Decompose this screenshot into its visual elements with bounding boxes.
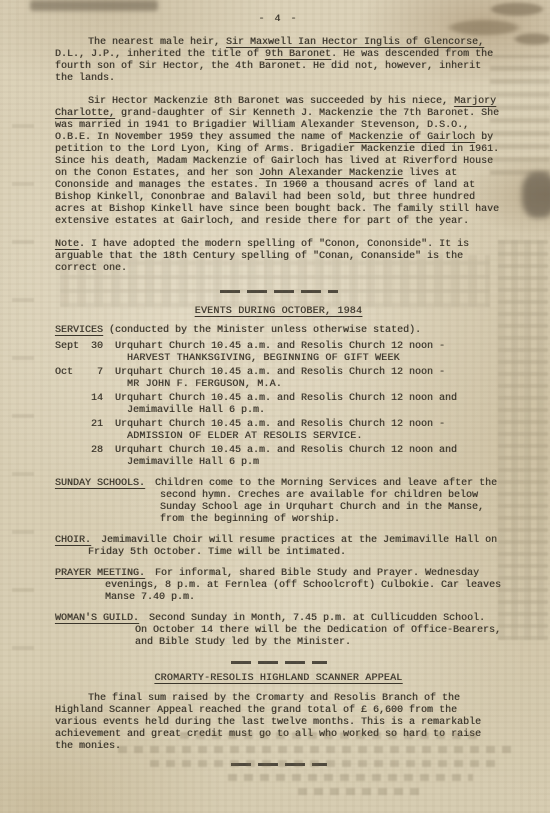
- service-day: 14: [85, 393, 103, 417]
- service-line1: Urquhart Church 10.45 a.m. and Resolis C…: [115, 419, 445, 430]
- services-schedule: Sept30 Urquhart Church 10.45 a.m. and Re…: [55, 341, 502, 469]
- paragraph-succession: Sir Hector Mackenzie 8th Baronet was suc…: [55, 96, 502, 228]
- text-run: The nearest male heir,: [88, 37, 226, 48]
- section-sunday-schools: SUNDAY SCHOOLS.Children come to the Morn…: [55, 478, 502, 526]
- section-label: PRAYER MEETING.: [55, 568, 145, 579]
- section-choir: CHOIR.Jemimaville Choir will resume prac…: [55, 535, 502, 559]
- service-line2: ADMISSION OF ELDER AT RESOLIS SERVICE.: [115, 431, 363, 442]
- section-womans-guild: WOMAN'S GUILD.Second Sunday in Month, 7.…: [55, 613, 502, 649]
- section-prayer-meeting: PRAYER MEETING.For informal, shared Bibl…: [55, 568, 502, 604]
- service-row: Oct7 Urquhart Church 10.45 a.m. and Reso…: [55, 367, 502, 391]
- service-day: 21: [85, 419, 103, 443]
- service-month: Oct: [55, 367, 85, 391]
- section-body: Children come to the Morning Services an…: [155, 478, 497, 525]
- section-label: WOMAN'S GUILD.: [55, 613, 139, 624]
- text-run: D.L., J.P., inherited the title of: [55, 49, 265, 60]
- service-detail: Urquhart Church 10.45 a.m. and Resolis C…: [103, 419, 502, 443]
- service-line2: MR JOHN F. FERGUSON, M.A.: [115, 379, 282, 390]
- service-day: 7: [85, 367, 103, 391]
- events-heading-text: EVENTS DURING OCTOBER, 1984: [195, 306, 362, 317]
- service-row: Sept30 Urquhart Church 10.45 a.m. and Re…: [55, 341, 502, 365]
- events-heading: EVENTS DURING OCTOBER, 1984: [55, 306, 502, 318]
- section-label: SUNDAY SCHOOLS.: [55, 478, 145, 489]
- service-line1: Urquhart Church 10.45 a.m. and Resolis C…: [115, 367, 445, 378]
- service-detail: Urquhart Church 10.45 a.m. and Resolis C…: [103, 393, 502, 417]
- services-label: SERVICES: [55, 325, 103, 336]
- note-label: Note: [55, 239, 79, 250]
- service-row: 21 Urquhart Church 10.45 a.m. and Resoli…: [55, 419, 502, 443]
- service-row: 28 Urquhart Church 10.45 a.m. and Resoli…: [55, 445, 502, 469]
- services-intro-line: SERVICES (conducted by the Minister unle…: [55, 325, 502, 337]
- text-run: Sir Hector Mackenzie 8th Baronet was suc…: [88, 96, 454, 107]
- service-detail: Urquhart Church 10.45 a.m. and Resolis C…: [103, 367, 502, 391]
- section-body: Jemimaville Choir will resume practices …: [88, 535, 497, 558]
- section-body: Second Sunday in Month, 7.45 p.m. at Cul…: [135, 613, 501, 648]
- section-divider: [231, 661, 327, 664]
- service-line2: HARVEST THANKSGIVING, BEGINNING OF GIFT …: [115, 353, 400, 364]
- service-detail: Urquhart Church 10.45 a.m. and Resolis C…: [103, 341, 502, 365]
- service-line1: Urquhart Church 10.45 a.m. and Resolis C…: [115, 393, 457, 404]
- text-run: (conducted by the Minister unless otherw…: [103, 325, 421, 336]
- underlined-title: 9th Baronet: [265, 49, 331, 60]
- section-label: CHOIR.: [55, 535, 91, 546]
- document-page: - 4 - The nearest male heir, Sir Maxwell…: [0, 0, 550, 813]
- page-number: - 4 -: [55, 14, 502, 26]
- service-line2: Jemimaville Hall 6 p.m: [115, 457, 259, 468]
- section-divider: [231, 763, 327, 766]
- paragraph-note: Note. I have adopted the modern spelling…: [55, 239, 502, 275]
- underlined-name: John Alexander Mackenzie: [259, 168, 403, 179]
- section-divider: [220, 290, 338, 293]
- service-row: 14 Urquhart Church 10.45 a.m. and Resoli…: [55, 393, 502, 417]
- service-line2: Jemimaville Hall 6 p.m.: [115, 405, 265, 416]
- service-detail: Urquhart Church 10.45 a.m. and Resolis C…: [103, 445, 502, 469]
- paragraph-appeal: The final sum raised by the Cromarty and…: [55, 693, 502, 753]
- underlined-name: Mackenzie of Gairloch: [349, 132, 475, 143]
- service-line1: Urquhart Church 10.45 a.m. and Resolis C…: [115, 341, 445, 352]
- service-day: 30: [85, 341, 103, 365]
- service-line1: Urquhart Church 10.45 a.m. and Resolis C…: [115, 445, 457, 456]
- text-run: . I have adopted the modern spelling of …: [55, 239, 469, 274]
- service-day: 28: [85, 445, 103, 469]
- service-month: [55, 445, 85, 469]
- section-body: For informal, shared Bible Study and Pra…: [105, 568, 501, 603]
- appeal-heading: CROMARTY-RESOLIS HIGHLAND SCANNER APPEAL: [55, 673, 502, 685]
- service-month: Sept: [55, 341, 85, 365]
- paragraph-heir: The nearest male heir, Sir Maxwell Ian H…: [55, 37, 502, 85]
- service-month: [55, 419, 85, 443]
- service-month: [55, 393, 85, 417]
- appeal-heading-text: CROMARTY-RESOLIS HIGHLAND SCANNER APPEAL: [154, 673, 402, 684]
- underlined-name: Sir Maxwell Ian Hector Inglis of Glencor…: [226, 37, 484, 48]
